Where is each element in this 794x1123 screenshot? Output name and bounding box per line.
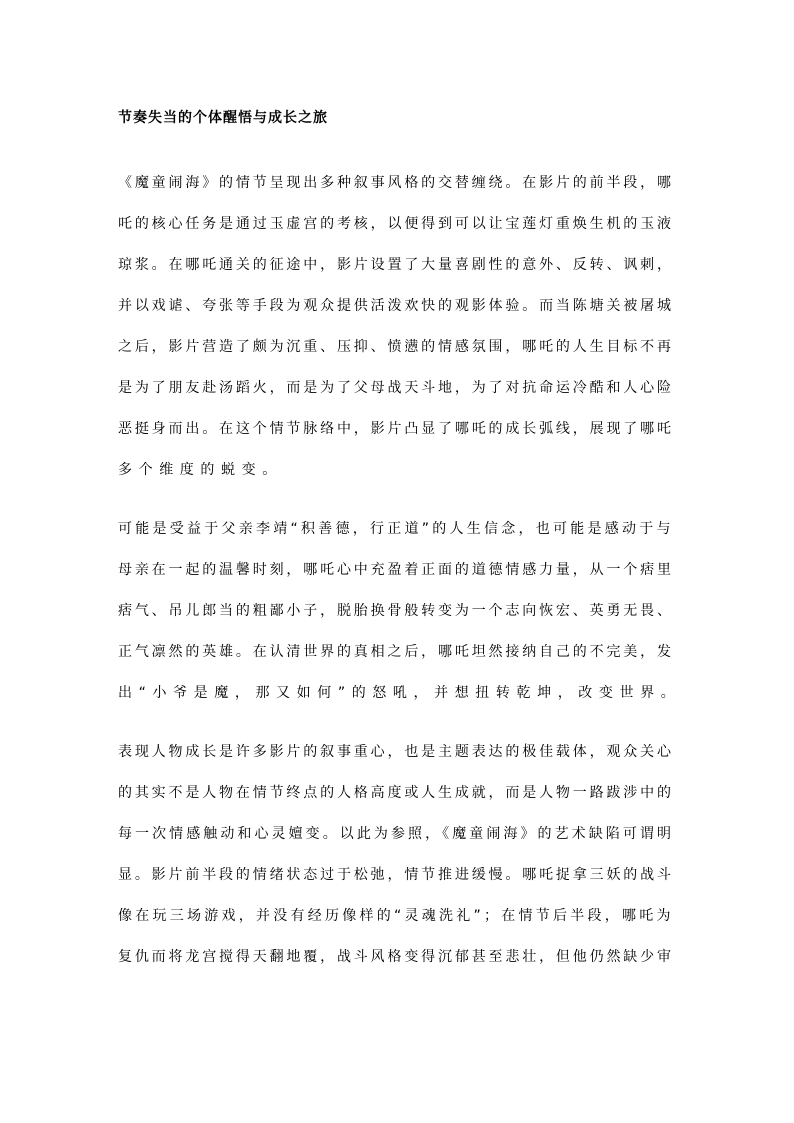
text-line: 每一次情感触动和心灵嬗变。以此为参照，《魔童闹海》的艺术缺陷可谓明 <box>118 824 671 865</box>
text-line: 表现人物成长是许多影片的叙事重心，也是主题表达的极佳载体，观众关心 <box>118 742 671 783</box>
text-line: 复仇而将龙宫搅得天翻地覆，战斗风格变得沉郁甚至悲壮，但他仍然缺少审 <box>118 947 671 988</box>
text-line: 琼浆。在哪吒通关的征途中，影片设置了大量喜剧性的意外、反转、讽刺， <box>118 255 671 296</box>
text-line: 恶挺身而出。在这个情节脉络中，影片凸显了哪吒的成长弧线，展现了哪吒 <box>118 419 671 460</box>
text-line: 吒的核心任务是通过玉虚宫的考核，以便得到可以让宝莲灯重焕生机的玉液 <box>118 214 671 255</box>
text-line: 痞气、吊儿郎当的粗鄙小子，脱胎换骨般转变为一个志向恢宏、英勇无畏、 <box>118 601 671 642</box>
text-line: 可能是受益于父亲李靖“积善德，行正道”的人生信念，也可能是感动于与 <box>118 519 671 560</box>
text-line: 的其实不是人物在情节终点的人格高度或人生成就，而是人物一路跋涉中的 <box>118 783 671 824</box>
section-title: 节奏失当的个体醒悟与成长之旅 <box>118 108 328 128</box>
text-line: 母亲在一起的温馨时刻，哪吒心中充盈着正面的道德情感力量，从一个痞里 <box>118 560 671 601</box>
paragraph-2: 可能是受益于父亲李靖“积善德，行正道”的人生信念，也可能是感动于与 母亲在一起的… <box>118 519 671 724</box>
text-line: 多个维度的蜕变。 <box>118 460 671 501</box>
text-line: 显。影片前半段的情绪状态过于松弛，情节推进缓慢。哪吒捉拿三妖的战斗 <box>118 865 671 906</box>
text-line: 《魔童闹海》的情节呈现出多种叙事风格的交替缠绕。在影片的前半段，哪 <box>118 173 671 214</box>
paragraph-1: 《魔童闹海》的情节呈现出多种叙事风格的交替缠绕。在影片的前半段，哪 吒的核心任务… <box>118 173 671 501</box>
text-line: 之后，影片营造了颇为沉重、压抑、愤懑的情感氛围，哪吒的人生目标不再 <box>118 337 671 378</box>
text-line: 出“小爷是魔，那又如何”的怒吼，并想扭转乾坤，改变世界。 <box>118 683 671 724</box>
paragraph-3: 表现人物成长是许多影片的叙事重心，也是主题表达的极佳载体，观众关心 的其实不是人… <box>118 742 671 988</box>
text-line: 像在玩三场游戏，并没有经历像样的“灵魂洗礼”；在情节后半段，哪吒为 <box>118 906 671 947</box>
text-line: 并以戏谑、夸张等手段为观众提供活泼欢快的观影体验。而当陈塘关被屠城 <box>118 296 671 337</box>
text-line: 正气凛然的英雄。在认清世界的真相之后，哪吒坦然接纳自己的不完美，发 <box>118 642 671 683</box>
text-line: 是为了朋友赴汤蹈火，而是为了父母战天斗地，为了对抗命运冷酷和人心险 <box>118 378 671 419</box>
